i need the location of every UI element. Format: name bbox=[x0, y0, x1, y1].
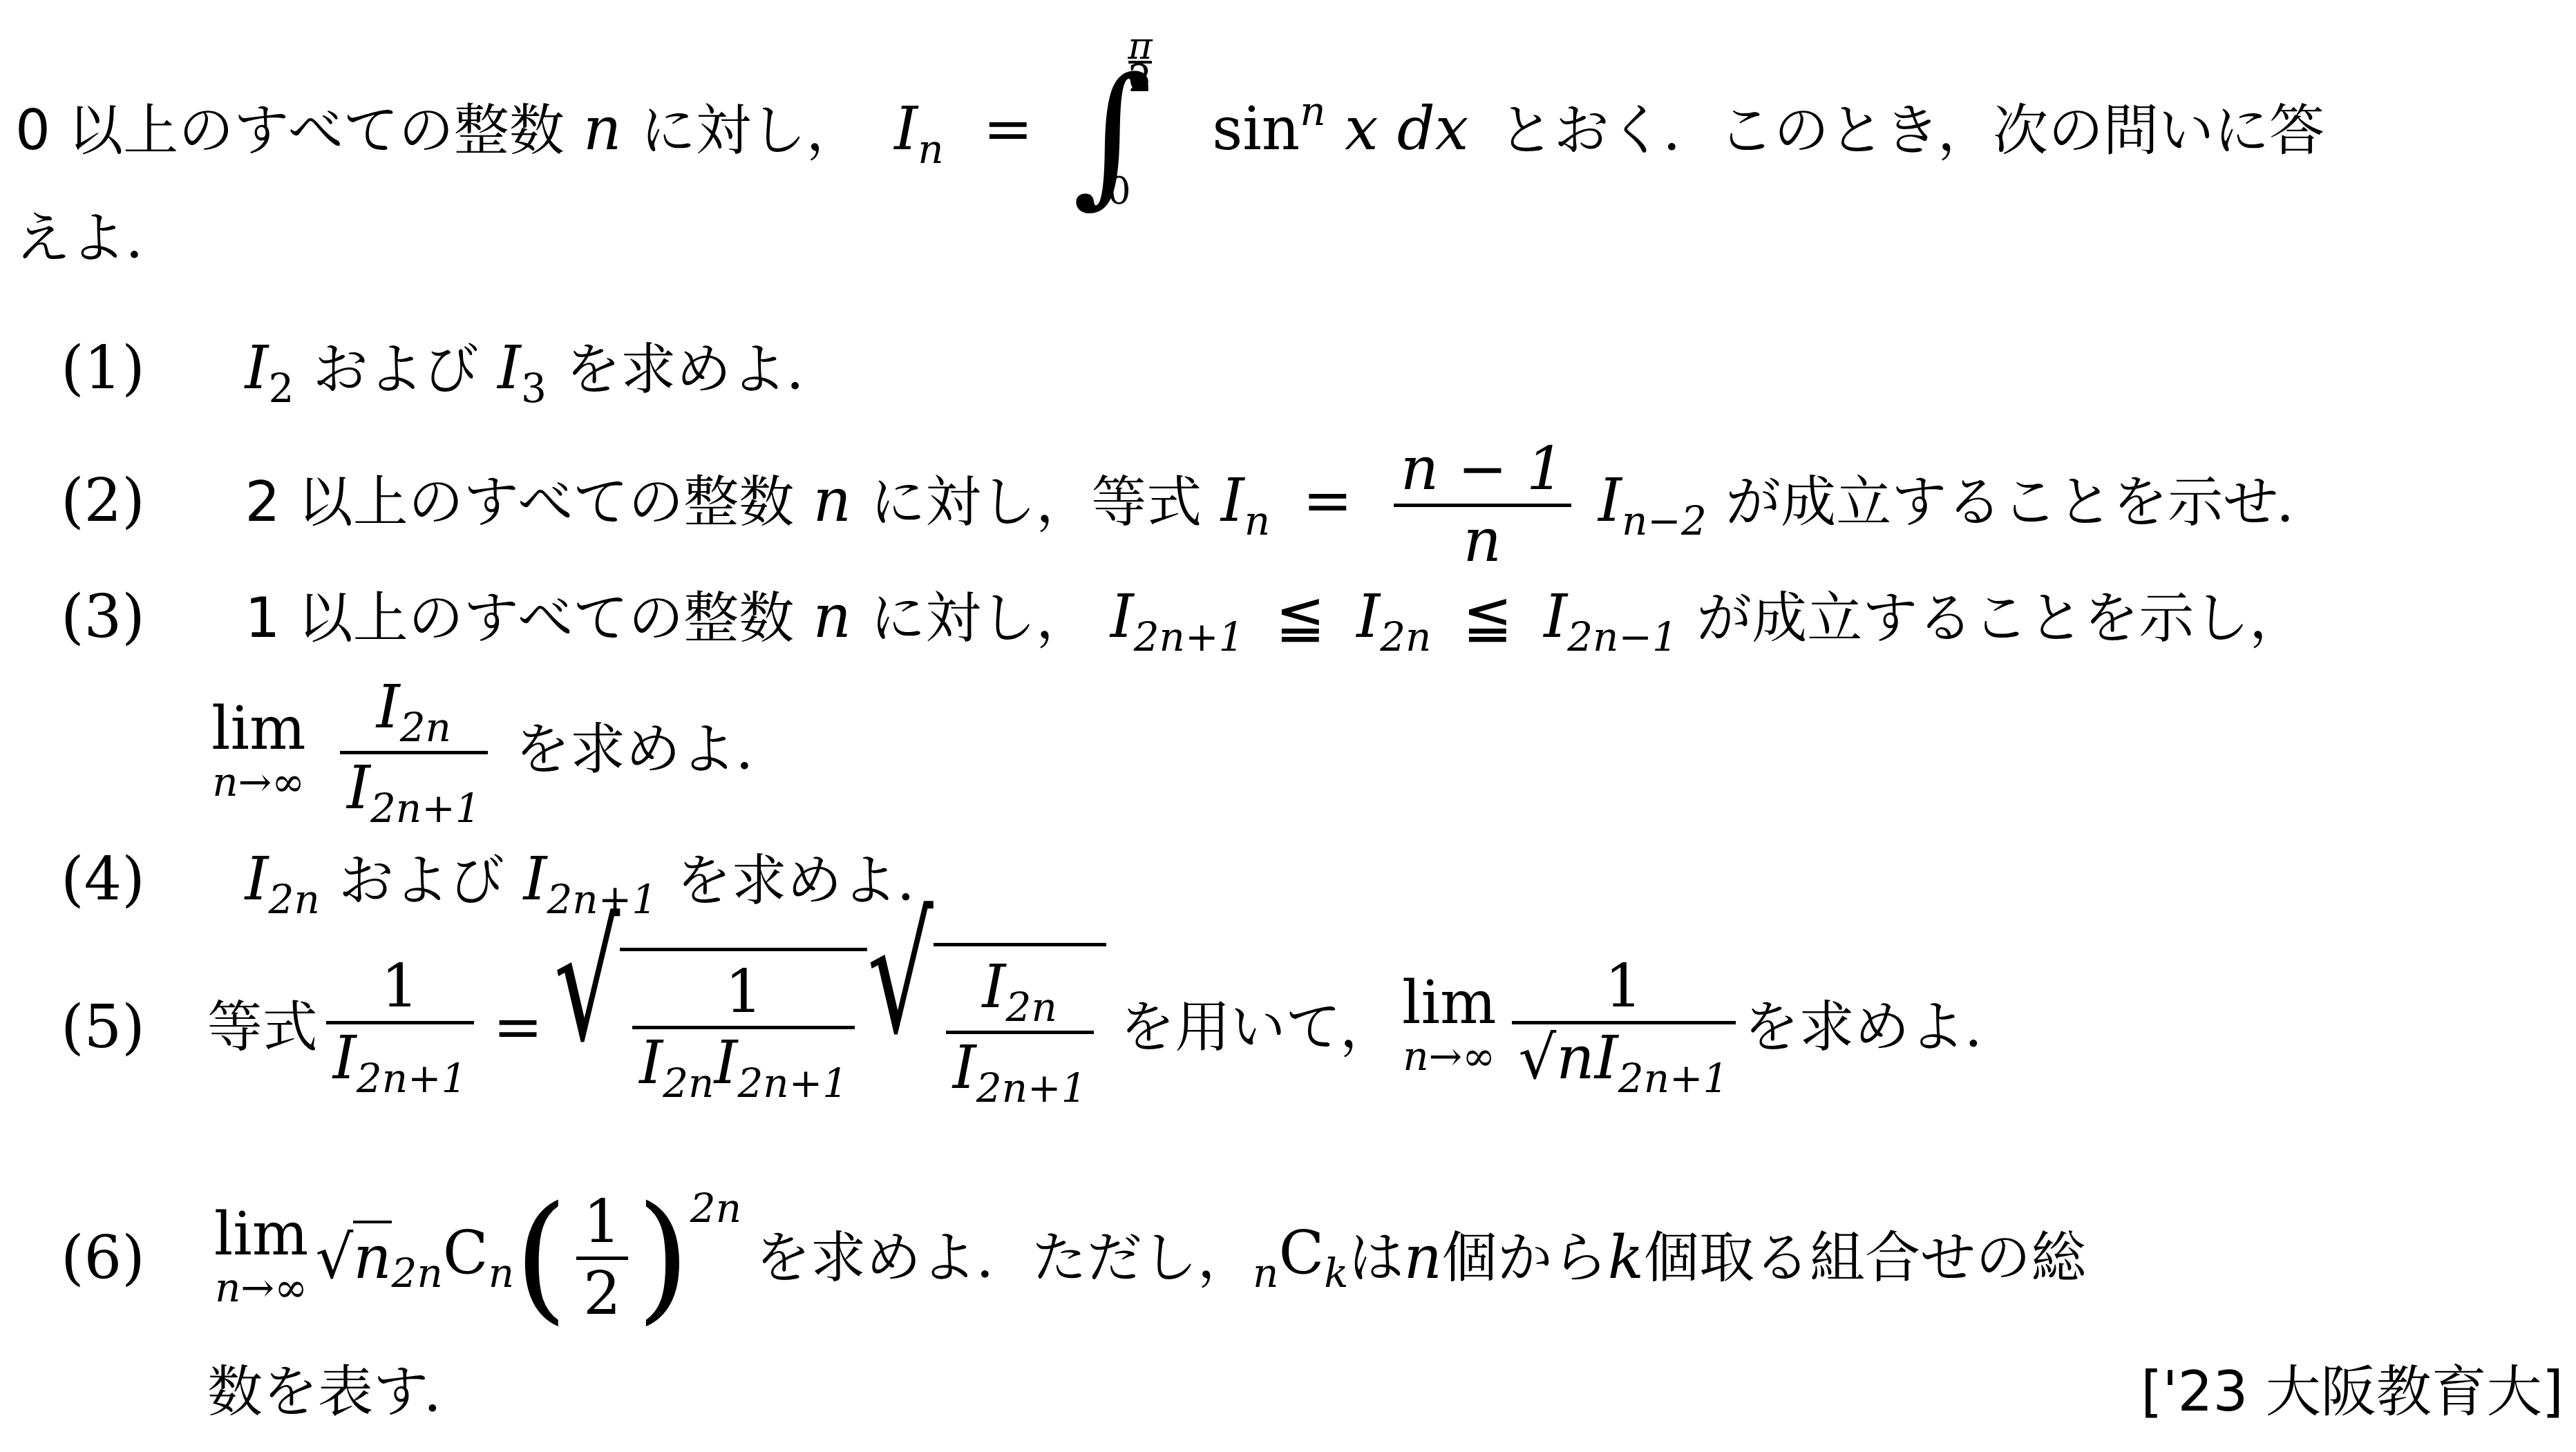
limit: limn→∞ bbox=[214, 1205, 309, 1312]
problem-label: (1) bbox=[61, 334, 145, 403]
problem-2: (2) 2 以上のすべての整数 n に対し，等式 In = n − 1n In−… bbox=[61, 435, 2332, 575]
problem-label: (5) bbox=[61, 997, 145, 1057]
var-k: k bbox=[1608, 1228, 1644, 1288]
limit: limn→∞ bbox=[1402, 973, 1497, 1081]
limit: limn→∞ bbox=[211, 699, 306, 807]
I2n: I2n bbox=[245, 845, 320, 914]
In-2: In−2 bbox=[1598, 466, 1707, 535]
text: が成立することを示し， bbox=[1696, 586, 2304, 650]
sqrt: √I2nI2n+1 bbox=[867, 943, 1106, 1111]
problem-6-line-2: 数を表す． bbox=[207, 1364, 480, 1420]
text: 等式 bbox=[207, 1000, 318, 1055]
intro-text-prefix: 0 以上のすべての整数 bbox=[15, 98, 565, 162]
text: 個取る組合せの総 bbox=[1644, 1230, 2086, 1286]
intro-line-1: 0 以上のすべての整数 n に対し， In = ∫ π 2 0 sinn x d… bbox=[15, 73, 2324, 194]
intro-line-2: えよ． bbox=[15, 211, 181, 266]
In: In bbox=[1221, 466, 1270, 535]
problem-label: (4) bbox=[61, 845, 145, 914]
intro-text-mid: に対し， bbox=[641, 98, 862, 162]
lower-limit: 0 bbox=[1107, 176, 1130, 206]
I2n-1: I2n−1 bbox=[1544, 582, 1678, 651]
problem-label: (3) bbox=[61, 582, 145, 651]
intro-text-suffix: とおく．このとき，次の問いに答 bbox=[1499, 98, 2324, 162]
leq: ≦ bbox=[1276, 582, 1325, 651]
I2: I2 bbox=[245, 334, 294, 403]
text: を用いて， bbox=[1120, 1000, 1395, 1055]
fraction: 12 bbox=[576, 1188, 628, 1328]
text: 個から bbox=[1442, 1230, 1608, 1286]
right-paren: ) bbox=[636, 1189, 690, 1327]
I2n+1: I2n+1 bbox=[1110, 582, 1244, 651]
text: を求めよ．ただし， bbox=[755, 1230, 1253, 1286]
var-n: n bbox=[813, 582, 851, 651]
text: に対し， bbox=[870, 586, 1091, 650]
equals-sign: = bbox=[983, 95, 1033, 164]
text: および bbox=[339, 848, 504, 913]
problem-label: (2) bbox=[61, 466, 145, 535]
text: に対し，等式 bbox=[870, 470, 1202, 534]
text: を求めよ． bbox=[1744, 1000, 2020, 1055]
sin-function: sinn bbox=[1212, 95, 1325, 164]
I3: I3 bbox=[498, 334, 547, 403]
sqrt: √1I2nI2n+1 bbox=[554, 948, 868, 1107]
text: を求めよ． bbox=[565, 337, 842, 401]
problem-6: (6) limn→∞ √n 2nCn ( 12 ) 2n を求めよ．ただし， n… bbox=[61, 1188, 2086, 1328]
text: を求めよ． bbox=[515, 717, 791, 781]
source-citation: ['23 大阪教育大] bbox=[2141, 1364, 2564, 1420]
fraction: 1I2n+1 bbox=[326, 953, 474, 1102]
integral-sign: ∫ π 2 0 bbox=[1072, 73, 1152, 194]
upper-limit: π 2 bbox=[1128, 31, 1153, 93]
text: 2 以上のすべての整数 bbox=[245, 470, 795, 534]
problem-5: (5) 等式 1I2n+1 = √1I2nI2n+1 √I2nI2n+1 を用い… bbox=[61, 943, 2020, 1111]
leq: ≦ bbox=[1463, 582, 1513, 651]
text: 1 以上のすべての整数 bbox=[245, 586, 795, 650]
fraction: I2nI2n+1 bbox=[340, 674, 488, 832]
left-paren: ( bbox=[514, 1189, 568, 1327]
fraction: n − 1n bbox=[1394, 435, 1571, 575]
integral-name: In bbox=[894, 95, 943, 164]
I2n: I2n bbox=[1356, 582, 1431, 651]
problem-3: (3) 1 以上のすべての整数 n に対し， I2n+1 ≦ I2n ≦ I2n… bbox=[61, 587, 2304, 657]
text: および bbox=[313, 337, 479, 401]
power: 2n bbox=[690, 1188, 741, 1228]
text: は bbox=[1348, 1230, 1403, 1286]
var-n: n bbox=[1403, 1228, 1441, 1288]
problem-1: (1) I2 および I3 を求めよ． bbox=[61, 338, 842, 408]
integrand-tail: x dx bbox=[1345, 95, 1468, 164]
var-n: n bbox=[583, 95, 621, 164]
problem-3-line-2: limn→∞ I2nI2n+1 を求めよ． bbox=[205, 674, 791, 832]
text: が成立することを示せ． bbox=[1725, 470, 2332, 534]
equals-sign: = bbox=[493, 997, 543, 1057]
problem-label: (6) bbox=[61, 1228, 145, 1288]
var-n: n bbox=[813, 466, 851, 535]
fraction: 1√nI2n+1 bbox=[1512, 953, 1736, 1102]
problem-4: (4) I2n および I2n+1 を求めよ． bbox=[61, 850, 953, 919]
